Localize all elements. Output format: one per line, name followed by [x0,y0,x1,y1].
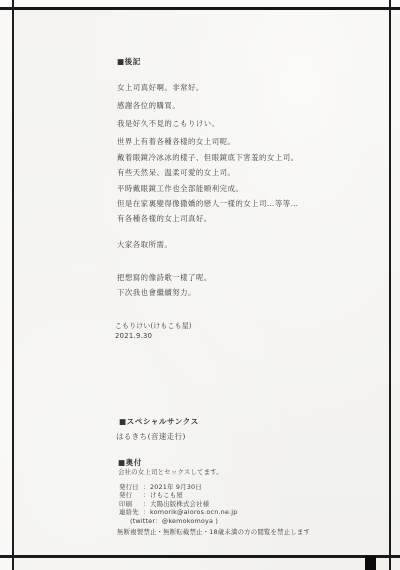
colophon-row-label: 印刷 [119,500,143,508]
signature-block: こもりけい(けもこも屋) 2021.9.30 [115,322,192,341]
special-thanks-heading: ■スペシャルサンクス [119,416,199,427]
afterword-line: 但是在家裏變得像撒嬌的戀人一樣的女上司…等等… [117,196,299,212]
afterword-line: 世界上有着各種各樣的女上司呢。 [117,134,299,150]
colophon-work-title: 会社の女上司とセックスしてます。 [118,467,223,476]
colophon-row-value: けもこも屋 [150,491,183,499]
frame-border-right [389,0,391,570]
page-margin-left [0,0,12,570]
afterword-line: 女上司真好啊。非常好。 [117,79,220,97]
colophon-row-separator: ： [143,483,150,491]
afterword-closing: 把想寫的像詩歌一樣了呢。 下次我也會繼續努力。 [117,270,212,300]
colophon-row: 印刷：大陽出版株式会社様 [119,500,238,508]
colophon-row: 連絡先：komorik@aioros.ocn.ne.jp [119,508,238,516]
special-thanks-name: はるきち(音速走行) [116,431,186,442]
afterword-line: 感謝各位的購買。 [117,97,220,115]
afterword-line: 我是好久不見的こもりけい。 [117,115,220,133]
colophon-row: 発行：けもこも屋 [119,491,238,499]
colophon-twitter: (twitter：@kemokomoya ) [119,517,238,525]
signature-name: こもりけい(けもこも屋) [115,322,192,332]
colophon-row-label: 連絡先 [119,508,143,516]
scanned-doujin-page: ■後記 女上司真好啊。非常好。 感謝各位的購買。 我是好久不見的こもりけい。 世… [0,0,400,570]
afterword-line: 平時戴眼鏡工作也全部能順利完成。 [117,181,299,197]
afterword-line: 有些天然呆、温柔可愛的女上司。 [117,165,299,181]
corner-print-mark [365,556,376,570]
colophon-row-separator: ： [143,508,150,516]
afterword-line: 大家各取所需。 [117,239,172,250]
afterword-line: 戴着眼鏡冷冰冰的樣子、但眼鏡底下害羞的女上司。 [117,150,299,166]
colophon-row-separator: ： [143,491,150,499]
afterword-line: 有各種各樣的女上司真好。 [117,213,212,224]
signature-date: 2021.9.30 [115,332,192,342]
colophon-row-separator: ： [143,500,150,508]
afterword-body: 世界上有着各種各樣的女上司呢。 戴着眼鏡冷冰冰的樣子、但眼鏡底下害羞的女上司。 … [117,134,299,212]
frame-border-left [12,0,14,570]
colophon-row-value: 大陽出版株式会社様 [150,500,209,508]
afterword-line: 下次我也會繼續努力。 [117,285,212,300]
frame-border-top [0,7,400,10]
colophon-notice: 無断複製禁止・無断転載禁止・18歳未満の方の閲覧を禁止します [117,527,310,536]
colophon-rows: 発行日：2021年 9月30日 発行：けもこも屋 印刷：大陽出版株式会社様 連絡… [119,483,238,525]
page-margin-top [0,0,400,7]
afterword-heading: ■後記 [117,56,141,67]
frame-border-bottom [0,555,400,558]
afterword-line: 把想寫的像詩歌一樣了呢。 [117,270,212,285]
colophon-row-label: 発行 [119,491,143,499]
colophon-row-value: komorik@aioros.ocn.ne.jp [150,508,238,516]
afterword-intro: 女上司真好啊。非常好。 感謝各位的購買。 我是好久不見的こもりけい。 [117,79,220,133]
